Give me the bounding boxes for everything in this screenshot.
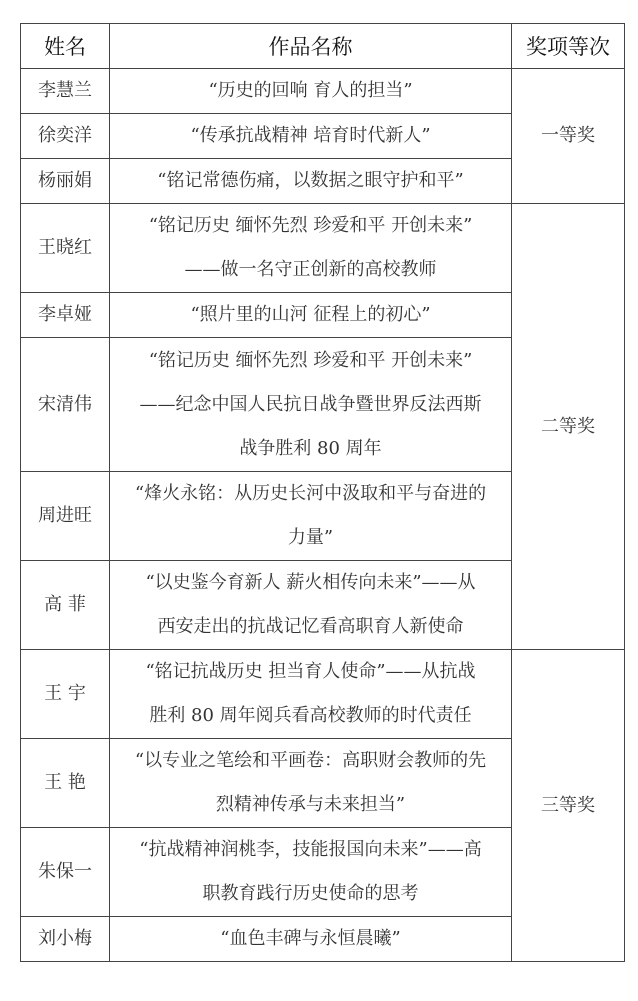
name-cell: 王 艳 — [21, 739, 110, 828]
name-cell: 王 宇 — [21, 650, 110, 739]
title-cell: “铭记历史 缅怀先烈 珍爱和平 开创未来” ——纪念中国人民抗日战争暨世界反法西… — [110, 338, 512, 472]
name-cell: 李慧兰 — [21, 69, 110, 114]
table-row: 王晓红 “铭记历史 缅怀先烈 珍爱和平 开创未来” ——做一名守正创新的高校教师… — [21, 204, 625, 293]
title-line: 西安走出的抗战记忆看高职育人新使命 — [124, 605, 497, 649]
title-line: “烽火永铭：从历史长河中汲取和平与奋进的 — [124, 472, 497, 516]
title-cell: “历史的回响 育人的担当” — [110, 69, 512, 114]
title-cell: “传承抗战精神 培育时代新人” — [110, 114, 512, 159]
name-cell: 高 菲 — [21, 561, 110, 650]
header-title: 作品名称 — [110, 24, 512, 69]
title-line: 烈精神传承与未来担当” — [124, 783, 497, 827]
table-row: 王 宇 “铭记抗战历史 担当育人使命”——从抗战 胜利 80 周年阅兵看高校教师… — [21, 650, 625, 739]
award-winners-table: 姓名 作品名称 奖项等次 李慧兰 “历史的回响 育人的担当” 一等奖 徐奕洋 “… — [20, 23, 625, 962]
award-cell-second-prize: 二等奖 — [512, 204, 625, 650]
title-line: “照片里的山河 征程上的初心” — [124, 293, 497, 337]
title-line: 战争胜利 80 周年 — [124, 427, 497, 471]
title-line: 职教育践行历史使命的思考 — [124, 872, 497, 916]
title-line: 胜利 80 周年阅兵看高校教师的时代责任 — [124, 694, 497, 738]
name-cell: 李卓娅 — [21, 293, 110, 338]
title-line: “铭记历史 缅怀先烈 珍爱和平 开创未来” — [124, 339, 497, 383]
title-line: “历史的回响 育人的担当” — [124, 69, 497, 113]
title-line: 力量” — [124, 516, 497, 560]
name-cell: 宋清伟 — [21, 338, 110, 472]
title-line: “以史鉴今育新人 薪火相传向未来”——从 — [124, 561, 497, 605]
title-cell: “抗战精神润桃李，技能报国向未来”——高 职教育践行历史使命的思考 — [110, 828, 512, 917]
title-cell: “照片里的山河 征程上的初心” — [110, 293, 512, 338]
title-line: ——做一名守正创新的高校教师 — [124, 248, 497, 292]
table-row: 李慧兰 “历史的回响 育人的担当” 一等奖 — [21, 69, 625, 114]
title-cell: “铭记历史 缅怀先烈 珍爱和平 开创未来” ——做一名守正创新的高校教师 — [110, 204, 512, 293]
title-cell: “以专业之笔绘和平画卷：高职财会教师的先 烈精神传承与未来担当” — [110, 739, 512, 828]
name-cell: 王晓红 — [21, 204, 110, 293]
title-line: “传承抗战精神 培育时代新人” — [124, 114, 497, 158]
title-cell: “铭记常德伤痛，以数据之眼守护和平” — [110, 159, 512, 204]
header-row: 姓名 作品名称 奖项等次 — [21, 24, 625, 69]
name-cell: 刘小梅 — [21, 917, 110, 962]
title-line: “抗战精神润桃李，技能报国向未来”——高 — [124, 828, 497, 872]
title-line: “血色丰碑与永恒晨曦” — [124, 917, 497, 961]
title-line: “铭记常德伤痛，以数据之眼守护和平” — [124, 159, 497, 203]
title-line: “铭记抗战历史 担当育人使命”——从抗战 — [124, 650, 497, 694]
award-cell-first-prize: 一等奖 — [512, 69, 625, 204]
award-cell-third-prize: 三等奖 — [512, 650, 625, 962]
name-cell: 杨丽娟 — [21, 159, 110, 204]
title-cell: “烽火永铭：从历史长河中汲取和平与奋进的 力量” — [110, 472, 512, 561]
title-line: “铭记历史 缅怀先烈 珍爱和平 开创未来” — [124, 204, 497, 248]
header-award: 奖项等次 — [512, 24, 625, 69]
name-cell: 朱保一 — [21, 828, 110, 917]
title-cell: “以史鉴今育新人 薪火相传向未来”——从 西安走出的抗战记忆看高职育人新使命 — [110, 561, 512, 650]
title-cell: “血色丰碑与永恒晨曦” — [110, 917, 512, 962]
header-name: 姓名 — [21, 24, 110, 69]
title-cell: “铭记抗战历史 担当育人使命”——从抗战 胜利 80 周年阅兵看高校教师的时代责… — [110, 650, 512, 739]
title-line: “以专业之笔绘和平画卷：高职财会教师的先 — [124, 739, 497, 783]
title-line: ——纪念中国人民抗日战争暨世界反法西斯 — [124, 383, 497, 427]
name-cell: 周进旺 — [21, 472, 110, 561]
name-cell: 徐奕洋 — [21, 114, 110, 159]
